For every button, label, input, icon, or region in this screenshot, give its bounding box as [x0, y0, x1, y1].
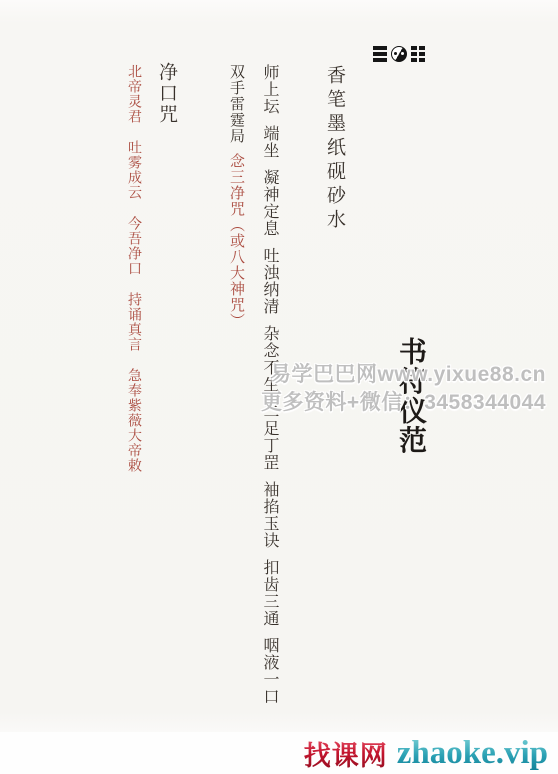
thunder-mudra-position: 双手雷霆局 — [228, 64, 243, 144]
thunder-mudra-incantation: 念三净咒︵或八大神咒︶ — [228, 153, 243, 329]
mantra-line: 急奉紫薇大帝敕 — [126, 368, 140, 473]
column-mouth-purification-mantra: 北帝灵君吐雾成云今吾净口持诵真言急奉紫薇大帝敕 — [126, 64, 140, 473]
footer-site-name: 找课网 — [304, 734, 388, 773]
mantra-line: 吐雾成云 — [126, 140, 140, 200]
footer-banner: 找课网 zhaoke.vip — [0, 732, 558, 774]
mantra-line: 北帝灵君 — [126, 64, 140, 124]
ritual-step: 咽液一口 — [261, 637, 277, 705]
tool-item: 水 — [325, 209, 344, 228]
footer-site-url: zhaoke.vip — [397, 735, 548, 772]
scanned-document-page: 书符仪范 香笔墨纸砚砂水 师上坛端坐凝神定息吐浊纳清杂念不生二足丁罡袖掐玉诀扣齿… — [0, 0, 558, 774]
mouth-purification-heading: 净口咒 — [157, 62, 176, 125]
column-tools: 香笔墨纸砚砂水 — [325, 65, 344, 228]
watermark: 易学巴巴网www.yixue88.cn 更多资料+微信：3458344044 — [261, 361, 546, 417]
tool-item: 纸 — [325, 137, 344, 156]
mantra-line: 今吾净口 — [126, 216, 140, 276]
tool-item: 笔 — [325, 89, 344, 108]
tool-item: 砚 — [325, 161, 344, 180]
qian-trigram-icon — [373, 46, 387, 62]
tool-item: 墨 — [325, 113, 344, 132]
column-mouth-purification-heading: 净口咒 — [157, 62, 176, 125]
watermark-site-line: 易学巴巴网www.yixue88.cn — [261, 361, 546, 389]
mantra-line: 持诵真言 — [126, 292, 140, 352]
taiji-trigram-logo — [373, 46, 425, 62]
ritual-step: 凝神定息 — [261, 169, 277, 237]
ritual-step: 师上坛 — [261, 64, 277, 115]
column-thunder-mudra: 双手雷霆局 念三净咒︵或八大神咒︶ — [228, 64, 243, 329]
ritual-step: 扣齿三通 — [261, 559, 277, 627]
tool-item: 香 — [325, 65, 344, 84]
ritual-step: 袖掐玉诀 — [261, 481, 277, 549]
yinyang-icon — [391, 46, 407, 62]
ritual-step: 吐浊纳清 — [261, 247, 277, 315]
kun-trigram-icon — [411, 46, 425, 62]
ritual-step: 端坐 — [261, 125, 277, 159]
watermark-contact-line: 更多资料+微信：3458344044 — [261, 389, 546, 417]
tool-item: 砂 — [325, 185, 344, 204]
